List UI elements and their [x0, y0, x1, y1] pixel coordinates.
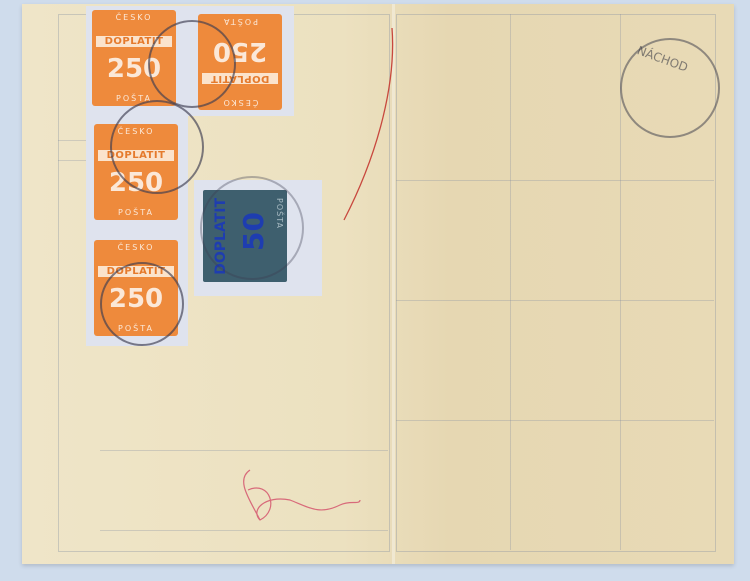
grid-line: [510, 14, 511, 550]
grid-line: [396, 300, 714, 301]
postmark-circle: [100, 262, 184, 346]
red-pen-line: [330, 20, 410, 230]
postmark-nachod: NÁCHOD: [620, 38, 720, 138]
stamp-bottom-text: POŠTA: [94, 208, 178, 217]
grid-line: [396, 180, 714, 181]
red-signature: [230, 460, 380, 530]
grid-line: [100, 530, 388, 531]
postmark-circle: [148, 20, 236, 108]
grid-line: [100, 450, 388, 451]
postmark-circle: [200, 176, 304, 280]
grid-line: [396, 420, 714, 421]
postmark-text: NÁCHOD: [635, 43, 690, 74]
postmark-circle: [110, 100, 204, 194]
stamp-top-text: ČESKO: [94, 243, 178, 252]
stamp-top-text: ČESKO: [92, 13, 176, 22]
